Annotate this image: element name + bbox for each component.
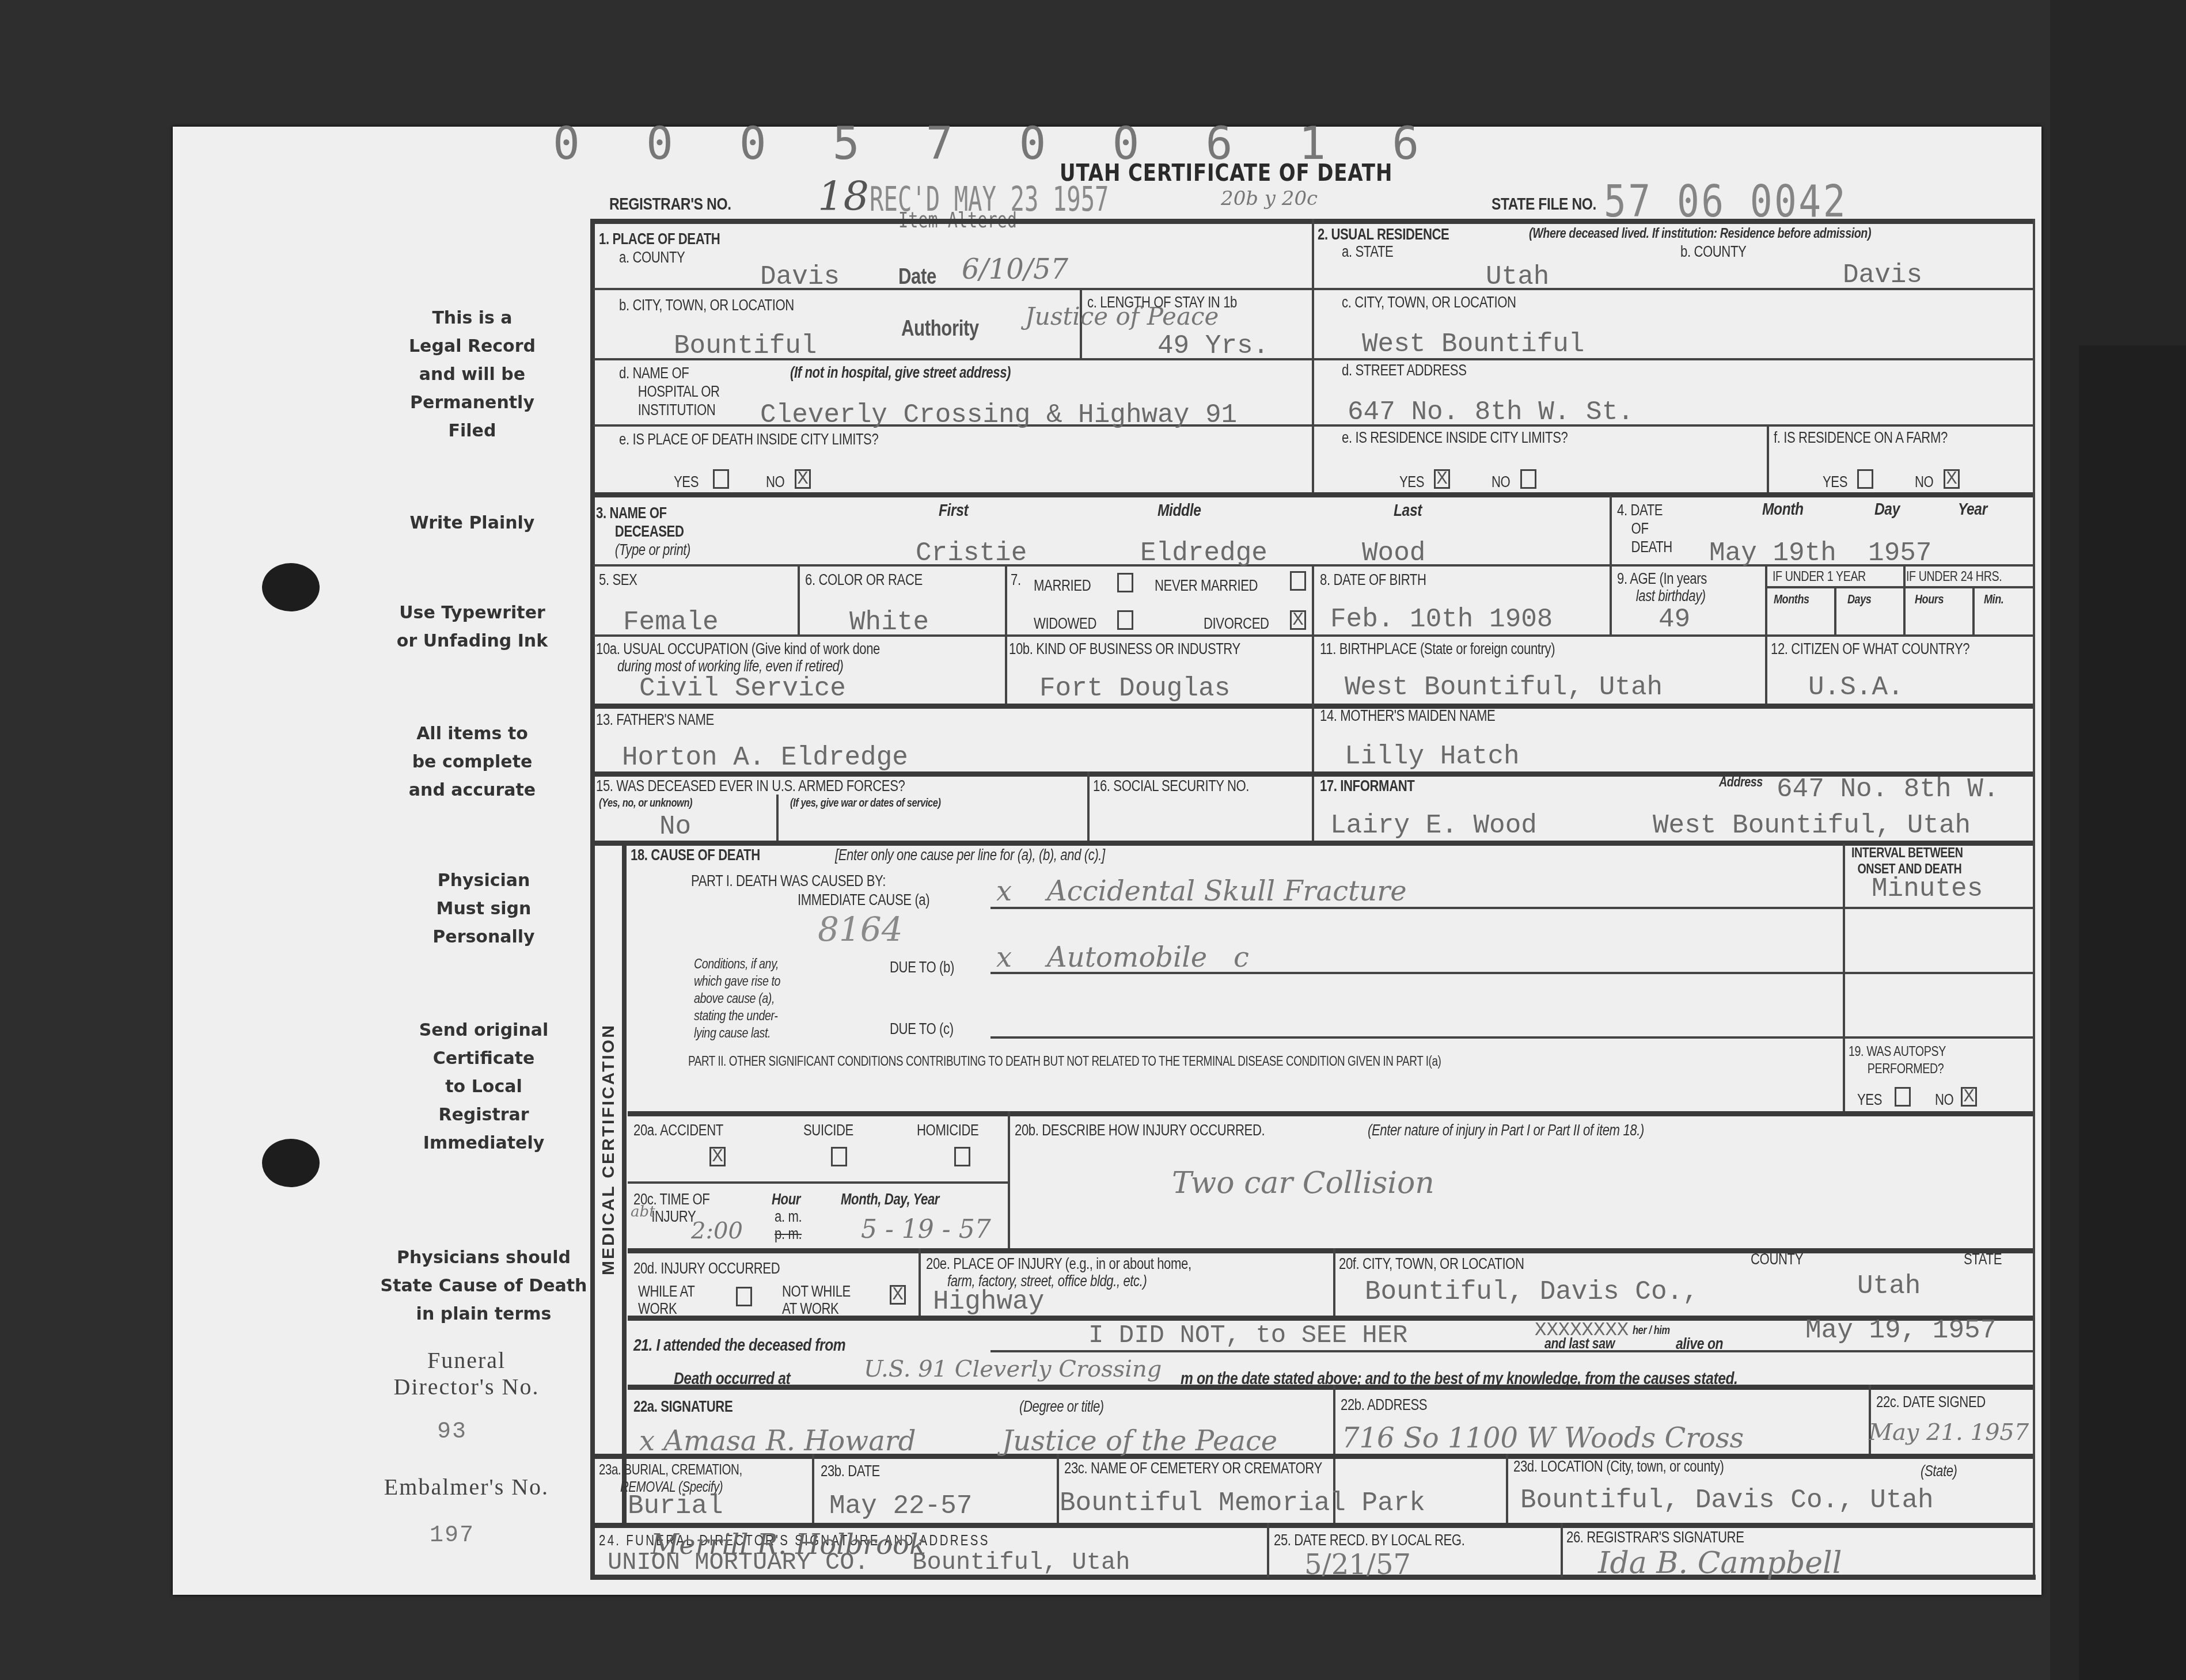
- divider: [1767, 424, 1769, 496]
- divider: [990, 1350, 2033, 1352]
- race-value: White: [849, 607, 929, 637]
- father-label: 13. FATHER'S NAME: [596, 711, 714, 729]
- marital-status-label: 7.: [1011, 571, 1021, 589]
- first-name-label: First: [939, 501, 968, 520]
- attended-label: 21. I attended the deceased from: [633, 1336, 845, 1355]
- due-to-c-label: DUE TO (c): [890, 1020, 954, 1038]
- date-of-death-value: May 19th 1957: [1709, 538, 1931, 568]
- divider: [798, 564, 800, 636]
- burial-date-label: 23b. DATE: [821, 1462, 880, 1480]
- residence-county-label: b. COUNTY: [1680, 243, 1746, 261]
- dob-value: Feb. 10th 1908: [1330, 605, 1553, 634]
- alive-on-label: alive on: [1676, 1335, 1723, 1353]
- punch-hole: [262, 1139, 320, 1187]
- pm-label: p. m.: [775, 1225, 802, 1243]
- months-label: Months: [1774, 592, 1809, 607]
- date-stamp-label: Date: [898, 265, 936, 290]
- min-label: Min.: [1984, 592, 2003, 607]
- date-stamp-value: 6/10/57: [962, 253, 1068, 286]
- alive-on-value: May 19, 1957: [1805, 1316, 1996, 1345]
- due-to-b-label: DUE TO (b): [890, 959, 954, 976]
- death-occurred-value: U.S. 91 Cleverly Crossing: [864, 1356, 1162, 1382]
- hours-label: Hours: [1915, 592, 1944, 607]
- month-label: Month: [1762, 500, 1804, 519]
- suicide-label: SUICIDE: [803, 1122, 853, 1139]
- injury-county-label: COUNTY: [1751, 1251, 1803, 1268]
- date-signed-label: 22c. DATE SIGNED: [1876, 1393, 1986, 1411]
- sex-label: 5. SEX: [599, 571, 637, 589]
- farm-yes-label: YES: [1823, 473, 1847, 491]
- residence-inside-city-label: e. IS RESIDENCE INSIDE CITY LIMITS?: [1342, 429, 1568, 447]
- while-at-work-checkbox[interactable]: [736, 1287, 752, 1306]
- divider: [1903, 564, 1906, 635]
- interval-label: INTERVAL BETWEEN ONSET AND DEATH: [1851, 845, 1963, 877]
- occupation-label: 10a. USUAL OCCUPATION (Give kind of work…: [596, 640, 880, 675]
- burial-state-label: (State): [1921, 1462, 1957, 1480]
- ssn-label: 16. SOCIAL SECURITY NO.: [1093, 777, 1249, 795]
- divider: [1087, 771, 1090, 843]
- date-recd-label: 25. DATE RECD. BY LOCAL REG.: [1274, 1531, 1464, 1549]
- embalmer-no-label: Embalmer's No.: [351, 1474, 582, 1500]
- residence-inside-city-no-checkbox[interactable]: [1520, 469, 1536, 489]
- immediate-cause-label: IMMEDIATE CAUSE (a): [798, 891, 929, 909]
- under-24-hrs-label: IF UNDER 24 HRS.: [1906, 569, 2002, 585]
- county-label: a. COUNTY: [619, 249, 685, 267]
- state-label: a. STATE: [1342, 243, 1393, 261]
- due-to-b-value: x Automobile c: [996, 941, 1249, 974]
- inside-city-yes-label: YES: [674, 473, 699, 491]
- married-label: MARRIED: [1034, 577, 1091, 595]
- farm-no-checkbox[interactable]: X: [1944, 469, 1960, 489]
- mother-label: 14. MOTHER'S MAIDEN NAME: [1320, 707, 1495, 725]
- day-label: Day: [1874, 500, 1900, 519]
- not-while-work-label: NOT WHILE AT WORK: [782, 1283, 851, 1317]
- divider: [1506, 1454, 1508, 1523]
- divider: [1057, 1454, 1059, 1523]
- dob-label: 8. DATE OF BIRTH: [1320, 571, 1426, 589]
- accident-label: 20a. ACCIDENT: [633, 1122, 723, 1139]
- informant-label: 17. INFORMANT: [1320, 777, 1414, 795]
- informant-value: Lairy E. Wood: [1330, 811, 1537, 841]
- how-injury-value: Two car Collision: [1172, 1166, 1434, 1200]
- divider: [1834, 586, 1836, 635]
- margin-note-physician-sign: Physician Must sign Personally: [369, 866, 599, 951]
- funeral-director-no-label: Funeral Director's No.: [351, 1347, 582, 1400]
- her-him-label: her / him: [1633, 1324, 1670, 1337]
- how-injury-hint: (Enter nature of injury in Part I or Par…: [1368, 1122, 1644, 1139]
- date-recd-value: 5/21/57: [1304, 1549, 1411, 1581]
- injury-state-value: Utah: [1857, 1271, 1921, 1301]
- divider: [628, 1248, 2033, 1253]
- am-label: a. m.: [775, 1208, 802, 1226]
- place-of-injury-label: 20e. PLACE OF INJURY (e.g., in or about …: [926, 1255, 1191, 1290]
- last-name-label: Last: [1394, 501, 1422, 520]
- time-hour-value: 2:00: [691, 1218, 743, 1244]
- sex-value: Female: [623, 607, 719, 637]
- citizen-value: U.S.A.: [1808, 672, 1904, 702]
- physician-signature: x Amasa R. Howard: [639, 1425, 916, 1457]
- time-date-value: 5 - 19 - 57: [861, 1215, 991, 1244]
- date-signed-value: May 21. 1957: [1869, 1419, 2029, 1446]
- city-label: b. CITY, TOWN, OR LOCATION: [619, 297, 794, 314]
- injury-state-label: STATE: [1964, 1251, 2002, 1268]
- citizen-label: 12. CITIZEN OF WHAT COUNTRY?: [1771, 640, 1969, 658]
- form-border-right: [2033, 219, 2035, 1578]
- medical-certification-vertical-label: MEDICAL CERTIFICATION: [599, 1024, 618, 1275]
- divider: [776, 795, 779, 843]
- widowed-label: WIDOWED: [1034, 615, 1096, 633]
- residence-county-value: Davis: [1843, 260, 1922, 290]
- divider: [1561, 1523, 1563, 1578]
- registrar-signature: Ida B. Campbell: [1598, 1546, 1842, 1580]
- armed-forces-value: No: [659, 812, 691, 842]
- accident-checkbox[interactable]: X: [709, 1147, 726, 1166]
- homicide-checkbox[interactable]: [954, 1147, 970, 1166]
- funeral-director-address: UNION MORTUARY CO. Bountiful, Utah: [608, 1549, 1130, 1576]
- hospital-hint: (If not in hospital, give street address…: [790, 364, 1011, 382]
- embalmer-no-value: 197: [337, 1523, 567, 1549]
- inside-city-no-label: NO: [766, 473, 784, 491]
- death-occurred-tail: m on the date stated above; and to the b…: [1181, 1369, 1738, 1389]
- first-name-value: Cristie: [916, 538, 1027, 568]
- divider: [593, 634, 2033, 637]
- divider: [1008, 1111, 1010, 1249]
- residence-inside-city-no-label: NO: [1492, 473, 1510, 491]
- year-label: Year: [1958, 500, 1987, 519]
- punch-hole: [262, 563, 320, 611]
- registrar-signature-label: 26. REGISTRAR'S SIGNATURE: [1566, 1529, 1744, 1546]
- disposition-label: 23a. BURIAL, CREMATION, REMOVAL (Specify…: [599, 1461, 742, 1496]
- cause-code-note: 8164: [818, 910, 903, 949]
- divider: [593, 1523, 2033, 1528]
- autopsy-no-label: NO: [1935, 1091, 1953, 1109]
- length-of-stay-value: 49 Yrs.: [1157, 331, 1269, 361]
- burial-date-value: May 22-57: [829, 1491, 972, 1521]
- attended-value: I DID NOT, to SEE HER: [1088, 1321, 1408, 1350]
- informant-address-label: Address: [1719, 774, 1763, 790]
- hospital-label: d. NAME OF HOSPITAL OR INSTITUTION: [619, 364, 720, 419]
- divider: [622, 843, 627, 1524]
- cemetery-value: Bountiful Memorial Park: [1060, 1488, 1425, 1518]
- armed-forces-hint-b: (If yes, give war or dates of service): [790, 797, 941, 810]
- authority-label: Authority: [901, 317, 979, 341]
- injury-city-value: Bountiful, Davis Co.,: [1365, 1277, 1699, 1307]
- age-value: 49: [1659, 605, 1690, 634]
- part2-label: PART II. OTHER SIGNIFICANT CONDITIONS CO…: [688, 1054, 1441, 1069]
- age-label: 9. AGE (In years last birthday): [1617, 570, 1707, 605]
- street-address-label: d. STREET ADDRESS: [1342, 362, 1467, 379]
- armed-forces-hint-a: (Yes, no, or unknown): [599, 797, 692, 810]
- usual-residence-hint: (Where deceased lived. If institution: R…: [1529, 226, 1871, 242]
- time-prefix: abt: [631, 1203, 655, 1221]
- mdy-label: Month, Day, Year: [841, 1191, 939, 1208]
- residence-state-value: Utah: [1486, 262, 1549, 292]
- autopsy-yes-label: YES: [1857, 1091, 1882, 1109]
- race-label: 6. COLOR OR RACE: [805, 571, 923, 589]
- disposition-value: Burial: [628, 1491, 723, 1521]
- item-altered-note: 20b y 20c: [1221, 187, 1318, 210]
- margin-note-legal-record: This is a Legal Record and will be Perma…: [357, 304, 587, 445]
- divider: [919, 1248, 921, 1317]
- hospital-value: Cleverly Crossing & Highway 91: [760, 400, 1237, 430]
- margin-note-plain-terms: Physicians should State Cause of Death i…: [369, 1244, 599, 1328]
- place-of-death-label: 1. PLACE OF DEATH: [599, 230, 720, 248]
- divider: [1765, 586, 2033, 588]
- occupation-value: Civil Service: [639, 674, 846, 704]
- inside-city-no-checkbox[interactable]: X: [795, 469, 811, 489]
- while-work-label: WHILE AT WORK: [638, 1283, 694, 1317]
- death-county-value: Davis: [760, 262, 840, 292]
- inside-city-yes-checkbox[interactable]: [713, 469, 729, 489]
- physician-address: 716 So 1100 W Woods Cross: [1342, 1422, 1744, 1454]
- divider: [1312, 219, 1314, 496]
- business-value: Fort Douglas: [1039, 674, 1230, 704]
- usual-residence-label: 2. USUAL RESIDENCE: [1318, 226, 1449, 244]
- document-title: UTAH CERTIFICATE OF DEATH: [1060, 160, 1392, 187]
- how-injury-label: 20b. DESCRIBE HOW INJURY OCCURRED.: [1015, 1122, 1265, 1139]
- cemetery-label: 23c. NAME OF CEMETERY OR CREMATORY: [1064, 1459, 1322, 1477]
- farm-yes-checkbox[interactable]: [1857, 469, 1873, 489]
- injury-occurred-label: 20d. INJURY OCCURRED: [633, 1260, 780, 1278]
- divider: [1267, 1523, 1269, 1578]
- state-file-no-label: STATE FILE NO.: [1492, 195, 1596, 214]
- autopsy-yes-checkbox[interactable]: [1895, 1087, 1911, 1107]
- funeral-director-no-value: 93: [337, 1419, 567, 1446]
- residence-city-label: c. CITY, TOWN, OR LOCATION: [1342, 294, 1516, 311]
- mother-value: Lilly Hatch: [1345, 742, 1520, 771]
- divorced-checkbox[interactable]: X: [1290, 610, 1306, 630]
- informant-address-line2: West Bountiful, Utah: [1653, 811, 1971, 841]
- registrars-no-label: REGISTRAR'S NO.: [609, 195, 731, 214]
- birthplace-value: West Bountiful, Utah: [1345, 672, 1663, 702]
- widowed-checkbox[interactable]: [1117, 610, 1133, 630]
- divider: [593, 841, 2033, 846]
- date-of-death-label: 4. DATE OF DEATH: [1617, 501, 1672, 556]
- death-city-value: Bountiful: [674, 331, 817, 361]
- autopsy-no-checkbox[interactable]: X: [1961, 1087, 1977, 1107]
- length-of-stay-label: c. LENGTH OF STAY IN 1b: [1087, 294, 1237, 311]
- physician-address-label: 22b. ADDRESS: [1341, 1396, 1427, 1414]
- business-label: 10b. KIND OF BUSINESS OR INDUSTRY: [1009, 640, 1240, 658]
- burial-location-value: Bountiful, Davis Co., Utah: [1520, 1485, 1934, 1515]
- form-border-left: [590, 219, 595, 1578]
- burial-location-label: 23d. LOCATION (City, town, or county): [1513, 1458, 1724, 1476]
- divider: [628, 1111, 2033, 1116]
- divider: [1333, 1248, 1335, 1317]
- residence-inside-city-yes-label: YES: [1399, 473, 1424, 491]
- street-address-value: 647 No. 8th W. St.: [1348, 397, 1634, 427]
- married-checkbox[interactable]: [1117, 573, 1133, 592]
- cause-of-death-hint: [Enter only one cause per line for (a), …: [835, 846, 1105, 864]
- cause-of-death-label: 18. CAUSE OF DEATH: [631, 846, 760, 864]
- autopsy-label: 19. WAS AUTOPSY PERFORMED?: [1849, 1043, 1946, 1078]
- informant-address-line1: 647 No. 8th W.: [1777, 774, 1999, 804]
- inside-city-label: e. IS PLACE OF DEATH INSIDE CITY LIMITS?: [619, 431, 878, 448]
- divider: [628, 1181, 1009, 1184]
- suicide-checkbox[interactable]: [831, 1147, 847, 1166]
- farm-no-label: NO: [1915, 473, 1933, 491]
- middle-name-label: Middle: [1157, 501, 1201, 520]
- not-while-at-work-checkbox[interactable]: X: [890, 1285, 906, 1305]
- divider: [990, 1036, 2033, 1039]
- homicide-label: HOMICIDE: [917, 1122, 978, 1139]
- signature-label: 22a. SIGNATURE: [633, 1398, 733, 1416]
- hour-label: Hour: [772, 1191, 800, 1208]
- under-1-year-label: IF UNDER 1 YEAR: [1773, 569, 1866, 585]
- deceased-name-label: 3. NAME OF DECEASED (Type or print): [596, 504, 690, 559]
- degree-label: (Degree or title): [1019, 1398, 1104, 1416]
- residence-city-value: West Bountiful: [1362, 329, 1584, 359]
- days-label: Days: [1847, 592, 1871, 607]
- interval-value: Minutes: [1872, 874, 1983, 904]
- registrars-no-value: 18: [818, 173, 869, 220]
- conditions-label: Conditions, if any, which gave rise to a…: [694, 956, 780, 1042]
- death-occurred-label: Death occurred at: [674, 1369, 790, 1389]
- margin-note-send-original: Send original Certificate to Local Regis…: [369, 1016, 599, 1157]
- never-married-checkbox[interactable]: [1290, 571, 1306, 591]
- margin-note-complete: All items to be complete and accurate: [357, 720, 587, 804]
- divider: [812, 1454, 814, 1523]
- birthplace-label: 11. BIRTHPLACE (State or foreign country…: [1320, 640, 1555, 658]
- father-value: Horton A. Eldredge: [622, 743, 908, 773]
- part1-label: PART I. DEATH WAS CAUSED BY:: [691, 872, 886, 890]
- divorced-label: DIVORCED: [1204, 615, 1269, 633]
- injury-city-label: 20f. CITY, TOWN, OR LOCATION: [1339, 1255, 1524, 1273]
- margin-note-typewriter: Use Typewriter or Unfading Ink: [357, 599, 587, 655]
- never-married-label: NEVER MARRIED: [1155, 577, 1258, 595]
- middle-name-value: Eldredge: [1140, 538, 1267, 568]
- armed-forces-label: 15. WAS DECEASED EVER IN U.S. ARMED FORC…: [596, 777, 905, 795]
- divider: [1972, 586, 1975, 635]
- divider: [593, 492, 2033, 497]
- last-saw-label: and last saw: [1544, 1335, 1615, 1352]
- margin-note-write-plainly: Write Plainly: [357, 509, 587, 537]
- last-name-value: Wood: [1362, 538, 1425, 568]
- immediate-cause-value: x Accidental Skull Fracture: [996, 875, 1407, 907]
- place-of-injury-value: Highway: [933, 1287, 1044, 1317]
- divider: [1843, 843, 1845, 1114]
- physician-degree: Justice of the Peace: [1002, 1425, 1277, 1457]
- farm-label: f. IS RESIDENCE ON A FARM?: [1774, 429, 1948, 447]
- residence-inside-city-yes-checkbox[interactable]: X: [1434, 469, 1450, 489]
- background-dark-binder-panel: [2079, 345, 2186, 1680]
